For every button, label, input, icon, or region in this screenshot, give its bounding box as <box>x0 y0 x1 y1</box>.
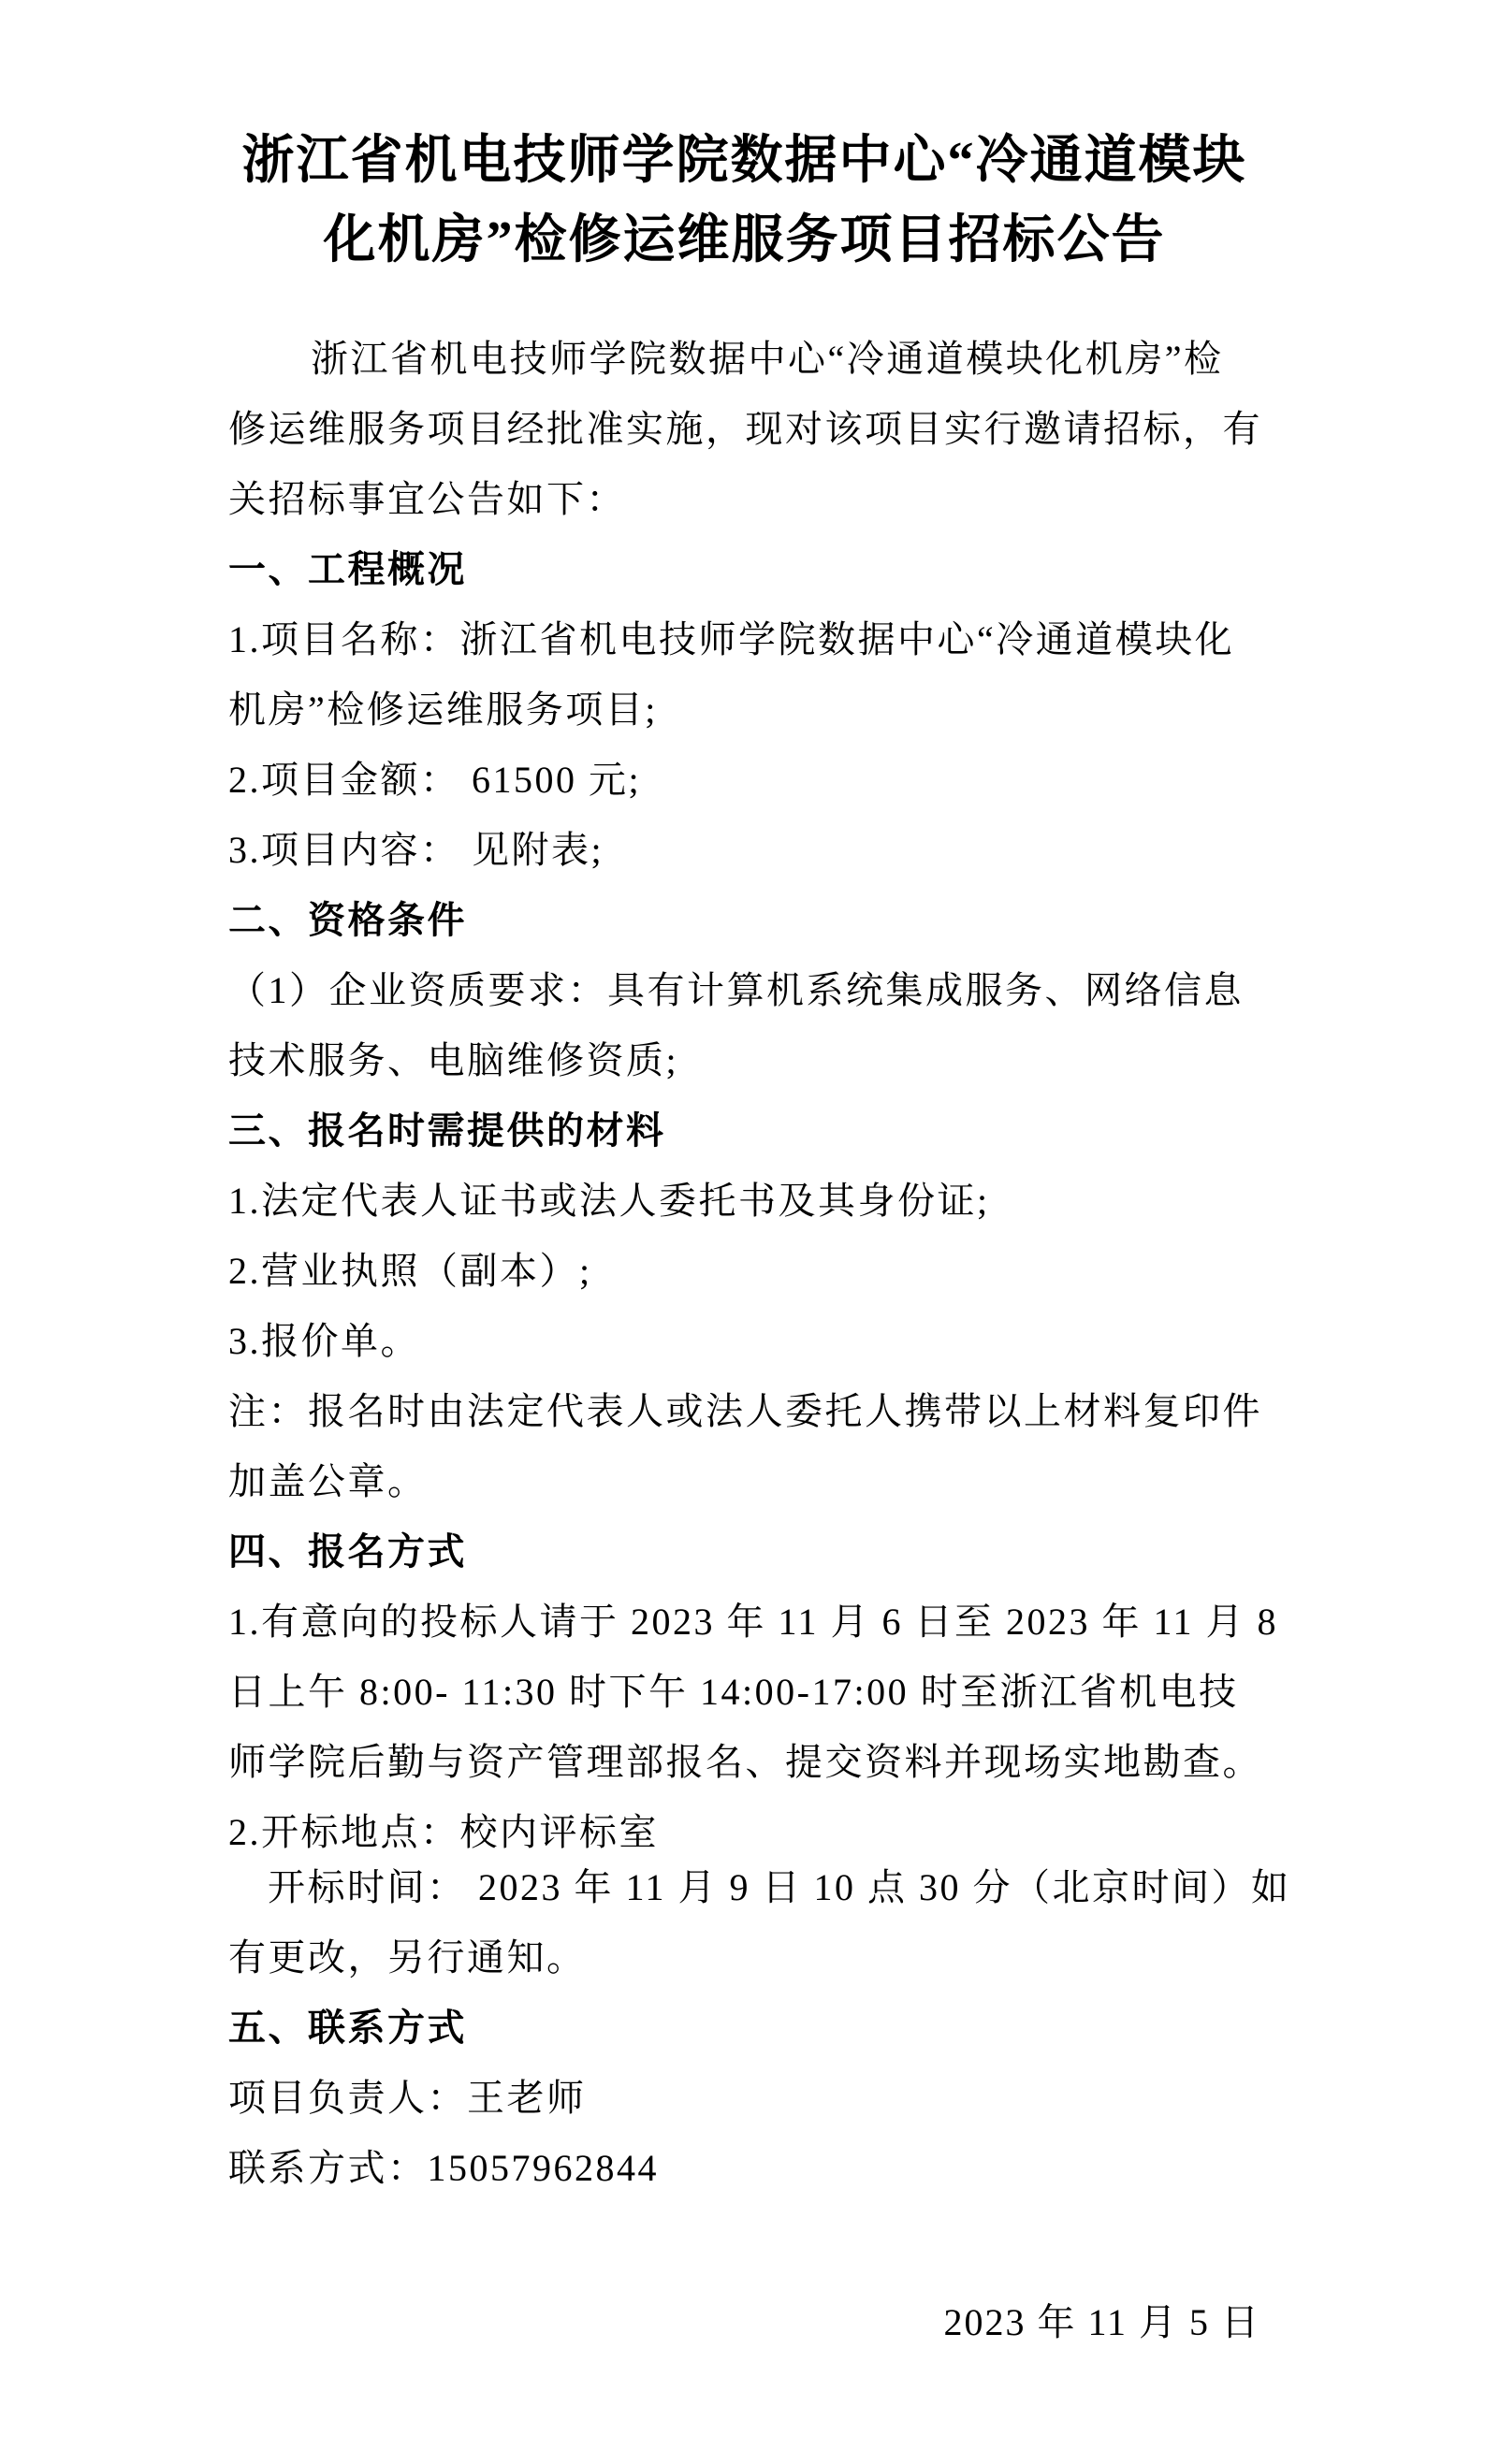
section-5-line-2: 联系方式：15057962844 <box>228 2133 1260 2203</box>
document-title: 浙江省机电技师学院数据中心“冷通道模块 化机房”检修运维服务项目招标公告 <box>228 122 1260 281</box>
document-body: 浙江省机电技师学院数据中心“冷通道模块化机房”检 修运维服务项目经批准实施，现对… <box>228 324 1260 2357</box>
section-3-line-4: 注：报名时由法定代表人或法人委托人携带以上材料复印件 <box>228 1376 1260 1446</box>
section-5-line-1: 项目负责人：王老师 <box>228 2063 1260 2133</box>
section-4-line-6: 有更改，另行通知。 <box>228 1922 1260 1993</box>
section-4-line-5: 开标时间： 2023 年 11 月 9 日 10 点 30 分（北京时间）如 <box>228 1852 1260 1922</box>
section-3-line-1: 1.法定代表人证书或法人委托书及其身份证; <box>228 1166 1260 1236</box>
intro-line-1: 浙江省机电技师学院数据中心“冷通道模块化机房”检 <box>228 324 1260 394</box>
document-page: 浙江省机电技师学院数据中心“冷通道模块 化机房”检修运维服务项目招标公告 浙江省… <box>0 0 1485 2464</box>
section-2-line-2: 技术服务、电脑维修资质; <box>228 1025 1260 1095</box>
section-1-line-4: 3.项目内容： 见附表; <box>228 815 1260 885</box>
title-line-1: 浙江省机电技师学院数据中心“冷通道模块 <box>228 122 1260 201</box>
section-1-line-1: 1.项目名称：浙江省机电技师学院数据中心“冷通道模块化 <box>228 604 1260 674</box>
title-line-2: 化机房”检修运维服务项目招标公告 <box>228 201 1260 281</box>
section-1-line-3: 2.项目金额： 61500 元; <box>228 745 1260 815</box>
document-date: 2023 年 11 月 5 日 <box>228 2287 1260 2357</box>
intro-line-3: 关招标事宜公告如下： <box>228 464 1260 534</box>
section-3-heading: 三、报名时需提供的材料 <box>228 1095 1260 1166</box>
intro-line-2: 修运维服务项目经批准实施，现对该项目实行邀请招标，有 <box>228 394 1260 464</box>
section-3-line-2: 2.营业执照（副本）; <box>228 1236 1260 1306</box>
section-4-line-1: 1.有意向的投标人请于 2023 年 11 月 6 日至 2023 年 11 月… <box>228 1587 1260 1657</box>
section-2-line-1: （1）企业资质要求：具有计算机系统集成服务、网络信息 <box>228 955 1260 1025</box>
section-4-heading: 四、报名方式 <box>228 1516 1260 1587</box>
section-1-heading: 一、工程概况 <box>228 534 1260 604</box>
section-5-heading: 五、联系方式 <box>228 1993 1260 2063</box>
section-3-line-3: 3.报价单。 <box>228 1306 1260 1376</box>
section-1-line-2: 机房”检修运维服务项目; <box>228 674 1260 745</box>
section-3-line-5: 加盖公章。 <box>228 1446 1260 1516</box>
section-4-line-3: 师学院后勤与资产管理部报名、提交资料并现场实地勘查。 <box>228 1727 1260 1797</box>
section-2-heading: 二、资格条件 <box>228 885 1260 955</box>
section-4-line-2: 日上午 8:00- 11:30 时下午 14:00-17:00 时至浙江省机电技 <box>228 1657 1260 1727</box>
